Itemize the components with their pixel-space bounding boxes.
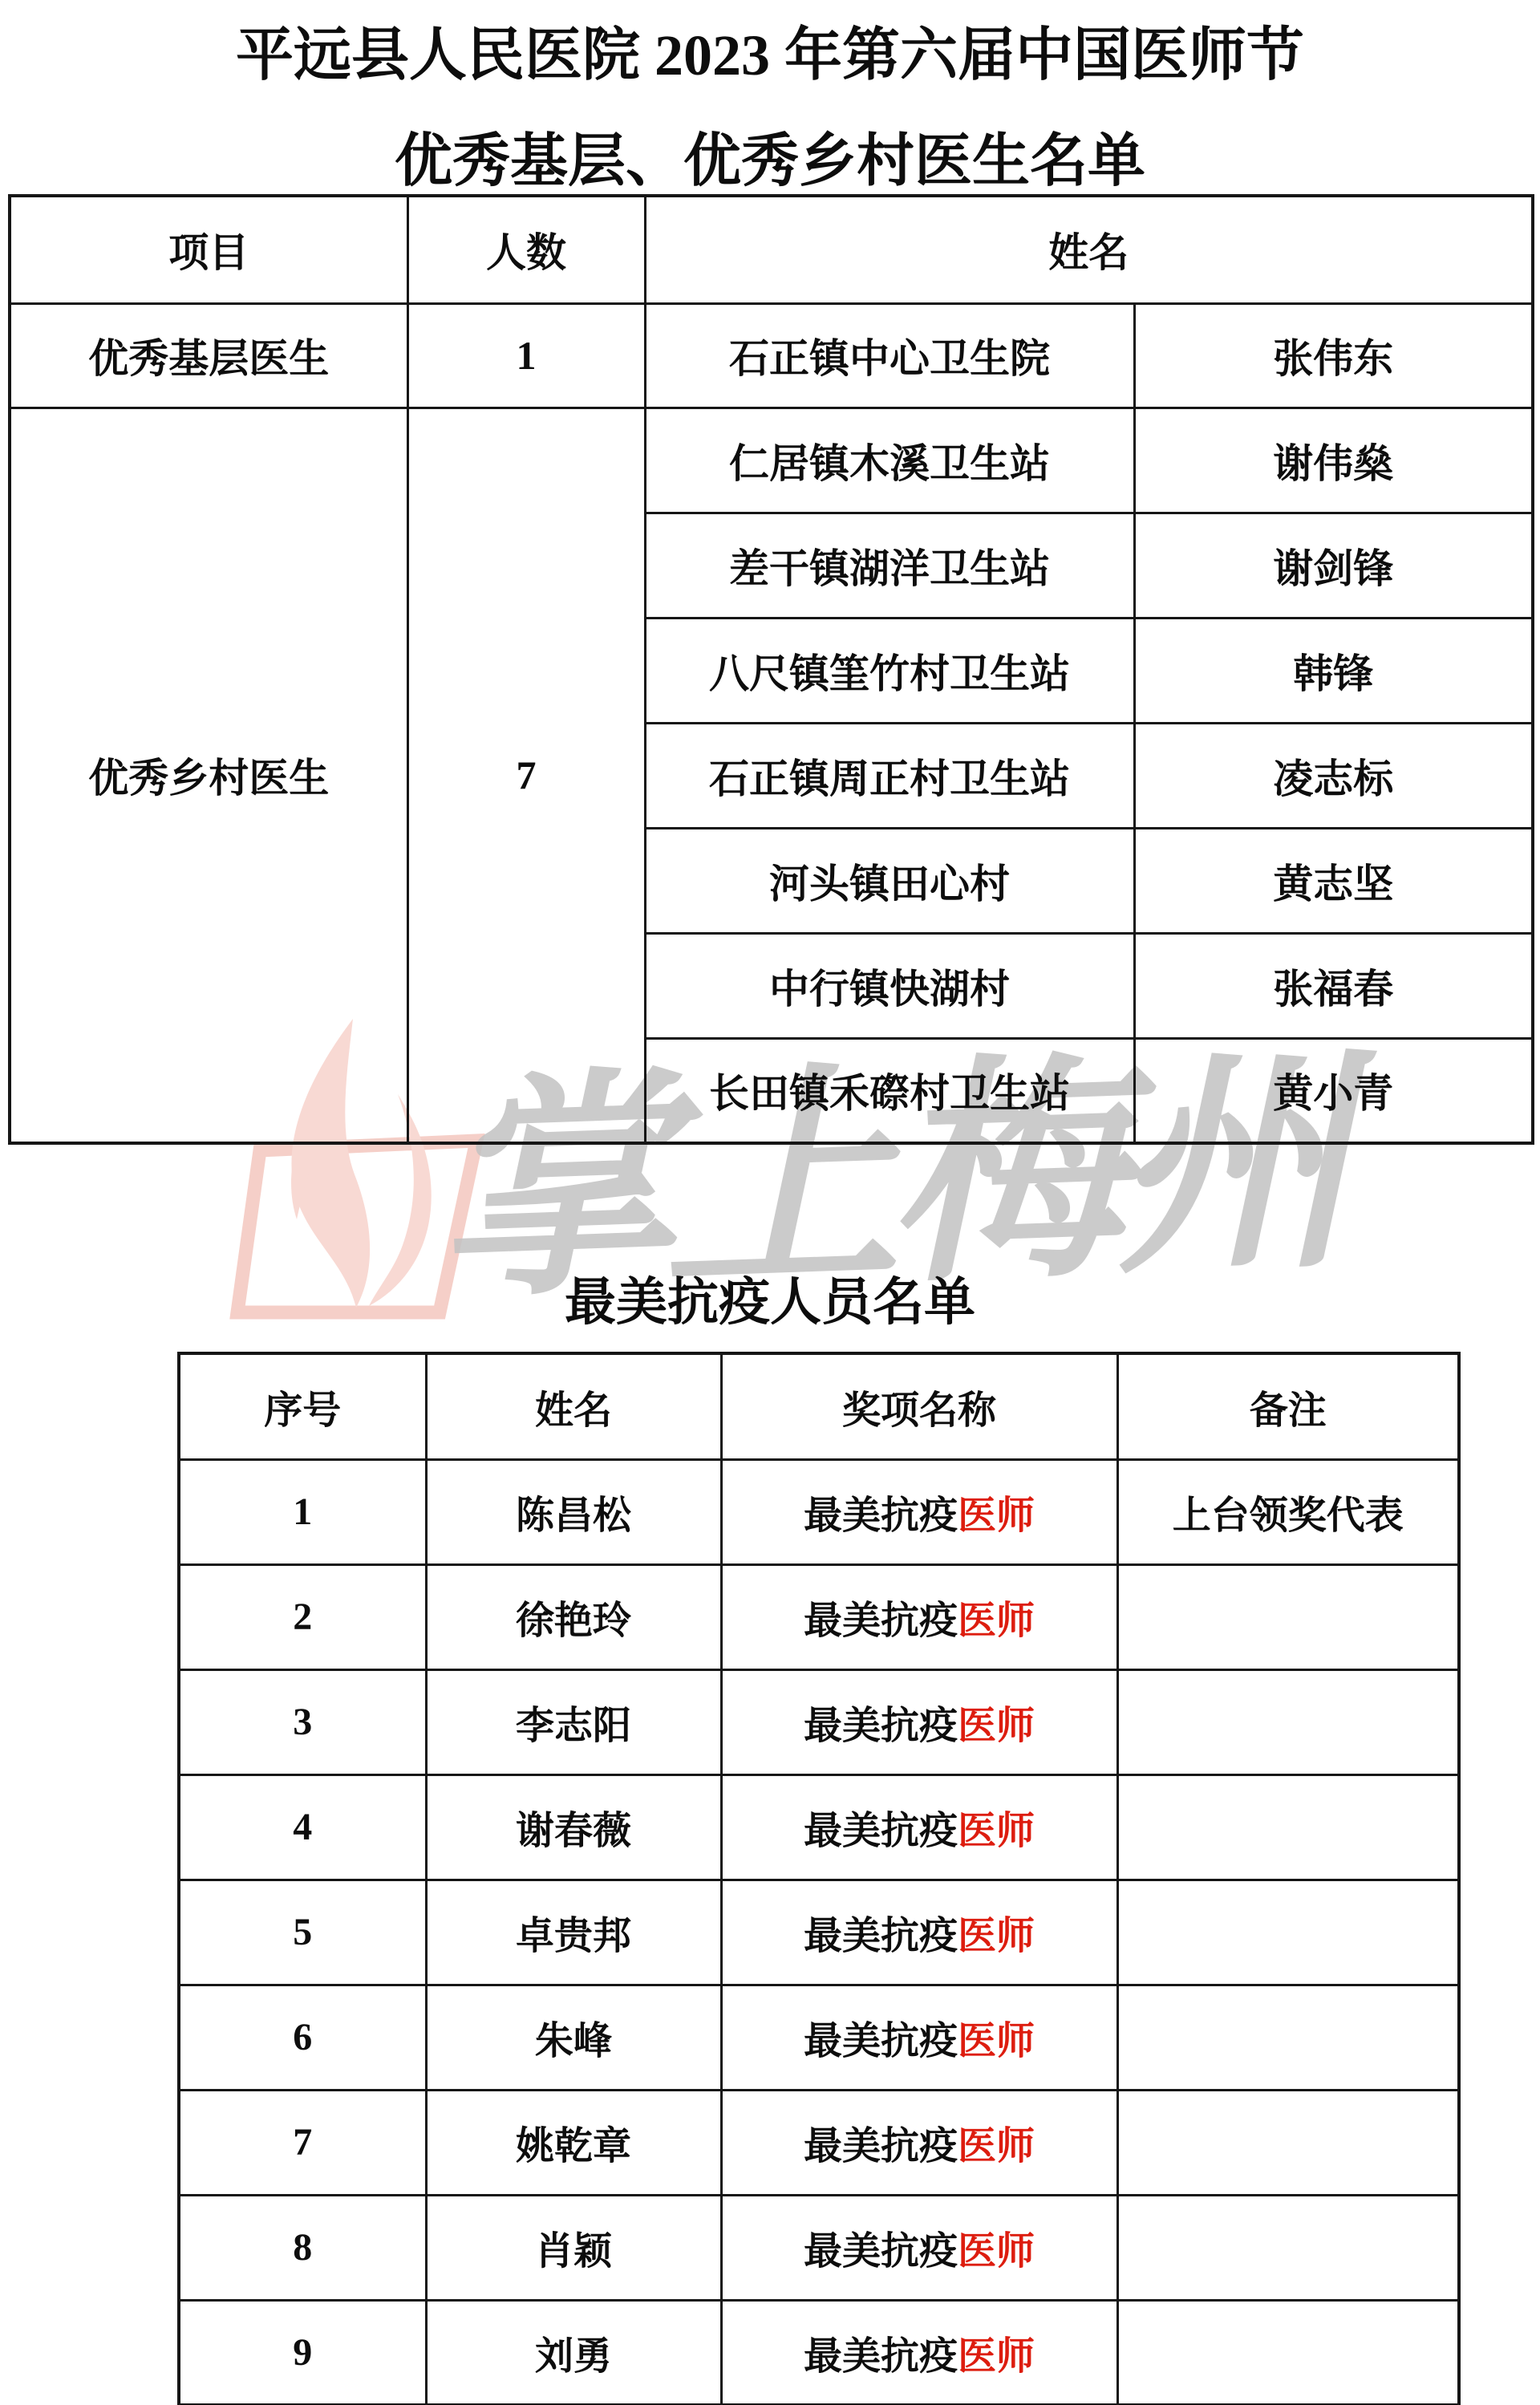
award-cell: 最美抗疫医师 <box>721 1459 1117 1564</box>
table2-row: 6朱峰最美抗疫医师 <box>179 1985 1459 2090</box>
unit-cell: 八尺镇筀竹村卫生站 <box>645 618 1134 723</box>
table2-row: 4谢春薇最美抗疫医师 <box>179 1774 1459 1880</box>
table2-header-note: 备注 <box>1117 1353 1459 1459</box>
award-red-suffix: 医师 <box>958 2125 1035 2168</box>
table2-header-row: 序号 姓名 奖项名称 备注 <box>179 1353 1459 1459</box>
table1-header-project: 项目 <box>10 196 407 303</box>
doctor-name-cell: 谢剑锋 <box>1134 513 1533 618</box>
document-title-line2: 优秀基层、优秀乡村医生名单 <box>0 114 1540 197</box>
person-name-cell: 朱峰 <box>426 1985 721 2090</box>
note-cell: 上台领奖代表 <box>1117 1459 1459 1564</box>
award-prefix: 最美抗疫 <box>804 1705 958 1747</box>
page: { "titles": { "line1": "平远县人民医院 2023 年第六… <box>0 0 1540 2405</box>
unit-cell: 石正镇中心卫生院 <box>645 303 1134 408</box>
unit-cell: 中行镇快湖村 <box>645 933 1134 1038</box>
table2-row: 3李志阳最美抗疫医师 <box>179 1669 1459 1774</box>
serial-cell: 3 <box>179 1669 426 1774</box>
person-name-cell: 刘勇 <box>426 2300 721 2405</box>
count-cell: 1 <box>407 303 645 408</box>
unit-cell: 石正镇周正村卫生站 <box>645 723 1134 828</box>
serial-cell: 9 <box>179 2300 426 2405</box>
award-prefix: 最美抗疫 <box>804 1600 958 1642</box>
count-cell: 7 <box>407 408 645 1143</box>
note-cell <box>1117 1880 1459 1985</box>
section2-title: 最美抗疫人员名单 <box>0 1261 1540 1335</box>
award-prefix: 最美抗疫 <box>804 2020 958 2062</box>
doctor-name-cell: 韩锋 <box>1134 618 1533 723</box>
note-cell <box>1117 2195 1459 2300</box>
award-cell: 最美抗疫医师 <box>721 2090 1117 2195</box>
project-cell: 优秀基层医生 <box>10 303 407 408</box>
award-cell: 最美抗疫医师 <box>721 1880 1117 1985</box>
award-prefix: 最美抗疫 <box>804 2230 958 2273</box>
person-name-cell: 徐艳玲 <box>426 1564 721 1669</box>
serial-cell: 8 <box>179 2195 426 2300</box>
award-red-suffix: 医师 <box>958 2020 1035 2062</box>
award-red-suffix: 医师 <box>958 2230 1035 2273</box>
award-red-suffix: 医师 <box>958 1495 1035 1537</box>
note-cell <box>1117 1669 1459 1774</box>
table1-row: 优秀基层医生1石正镇中心卫生院张伟东 <box>10 303 1533 408</box>
serial-cell: 7 <box>179 2090 426 2195</box>
award-red-suffix: 医师 <box>958 1810 1035 1852</box>
table2-row: 8肖颖最美抗疫医师 <box>179 2195 1459 2300</box>
table2-row: 5卓贵邦最美抗疫医师 <box>179 1880 1459 1985</box>
table2-header-award: 奖项名称 <box>721 1353 1117 1459</box>
person-name-cell: 肖颖 <box>426 2195 721 2300</box>
award-prefix: 最美抗疫 <box>804 2125 958 2168</box>
project-cell: 优秀乡村医生 <box>10 408 407 1143</box>
person-name-cell: 李志阳 <box>426 1669 721 1774</box>
person-name-cell: 陈昌松 <box>426 1459 721 1564</box>
serial-cell: 4 <box>179 1774 426 1880</box>
table2-row: 7姚乾章最美抗疫医师 <box>179 2090 1459 2195</box>
table1-row: 优秀乡村医生7仁居镇木溪卫生站谢伟燊 <box>10 408 1533 513</box>
table2-row: 9刘勇最美抗疫医师 <box>179 2300 1459 2405</box>
serial-cell: 2 <box>179 1564 426 1669</box>
award-prefix: 最美抗疫 <box>804 1915 958 1957</box>
table1-header-count: 人数 <box>407 196 645 303</box>
document-title-line1: 平远县人民医院 2023 年第六届中国医师节 <box>0 8 1540 91</box>
table2-row: 1陈昌松最美抗疫医师上台领奖代表 <box>179 1459 1459 1564</box>
award-prefix: 最美抗疫 <box>804 1810 958 1852</box>
doctor-name-cell: 张福春 <box>1134 933 1533 1038</box>
doctor-name-cell: 黄志坚 <box>1134 828 1533 933</box>
unit-cell: 差干镇湖洋卫生站 <box>645 513 1134 618</box>
person-name-cell: 姚乾章 <box>426 2090 721 2195</box>
note-cell <box>1117 2300 1459 2405</box>
award-cell: 最美抗疫医师 <box>721 2300 1117 2405</box>
doctors-award-table: 项目 人数 姓名 优秀基层医生1石正镇中心卫生院张伟东优秀乡村医生7仁居镇木溪卫… <box>8 194 1534 1145</box>
table2-row: 2徐艳玲最美抗疫医师 <box>179 1564 1459 1669</box>
table1-header-name: 姓名 <box>645 196 1533 303</box>
award-cell: 最美抗疫医师 <box>721 1774 1117 1880</box>
doctor-name-cell: 张伟东 <box>1134 303 1533 408</box>
note-cell <box>1117 1985 1459 2090</box>
doctor-name-cell: 黄小青 <box>1134 1038 1533 1143</box>
table1-header-row: 项目 人数 姓名 <box>10 196 1533 303</box>
award-red-suffix: 医师 <box>958 1705 1035 1747</box>
note-cell <box>1117 1774 1459 1880</box>
serial-cell: 1 <box>179 1459 426 1564</box>
doctor-name-cell: 凌志标 <box>1134 723 1533 828</box>
serial-cell: 5 <box>179 1880 426 1985</box>
unit-cell: 河头镇田心村 <box>645 828 1134 933</box>
serial-cell: 6 <box>179 1985 426 2090</box>
award-red-suffix: 医师 <box>958 2335 1035 2378</box>
anti-epidemic-table: 序号 姓名 奖项名称 备注 1陈昌松最美抗疫医师上台领奖代表2徐艳玲最美抗疫医师… <box>177 1352 1461 2405</box>
doctor-name-cell: 谢伟燊 <box>1134 408 1533 513</box>
person-name-cell: 卓贵邦 <box>426 1880 721 1985</box>
note-cell <box>1117 2090 1459 2195</box>
award-cell: 最美抗疫医师 <box>721 1564 1117 1669</box>
unit-cell: 仁居镇木溪卫生站 <box>645 408 1134 513</box>
award-prefix: 最美抗疫 <box>804 2335 958 2378</box>
award-cell: 最美抗疫医师 <box>721 1985 1117 2090</box>
award-red-suffix: 医师 <box>958 1915 1035 1957</box>
award-cell: 最美抗疫医师 <box>721 2195 1117 2300</box>
award-cell: 最美抗疫医师 <box>721 1669 1117 1774</box>
award-red-suffix: 医师 <box>958 1600 1035 1642</box>
table2-header-name: 姓名 <box>426 1353 721 1459</box>
table2-header-no: 序号 <box>179 1353 426 1459</box>
award-prefix: 最美抗疫 <box>804 1495 958 1537</box>
person-name-cell: 谢春薇 <box>426 1774 721 1880</box>
unit-cell: 长田镇禾磜村卫生站 <box>645 1038 1134 1143</box>
note-cell <box>1117 1564 1459 1669</box>
